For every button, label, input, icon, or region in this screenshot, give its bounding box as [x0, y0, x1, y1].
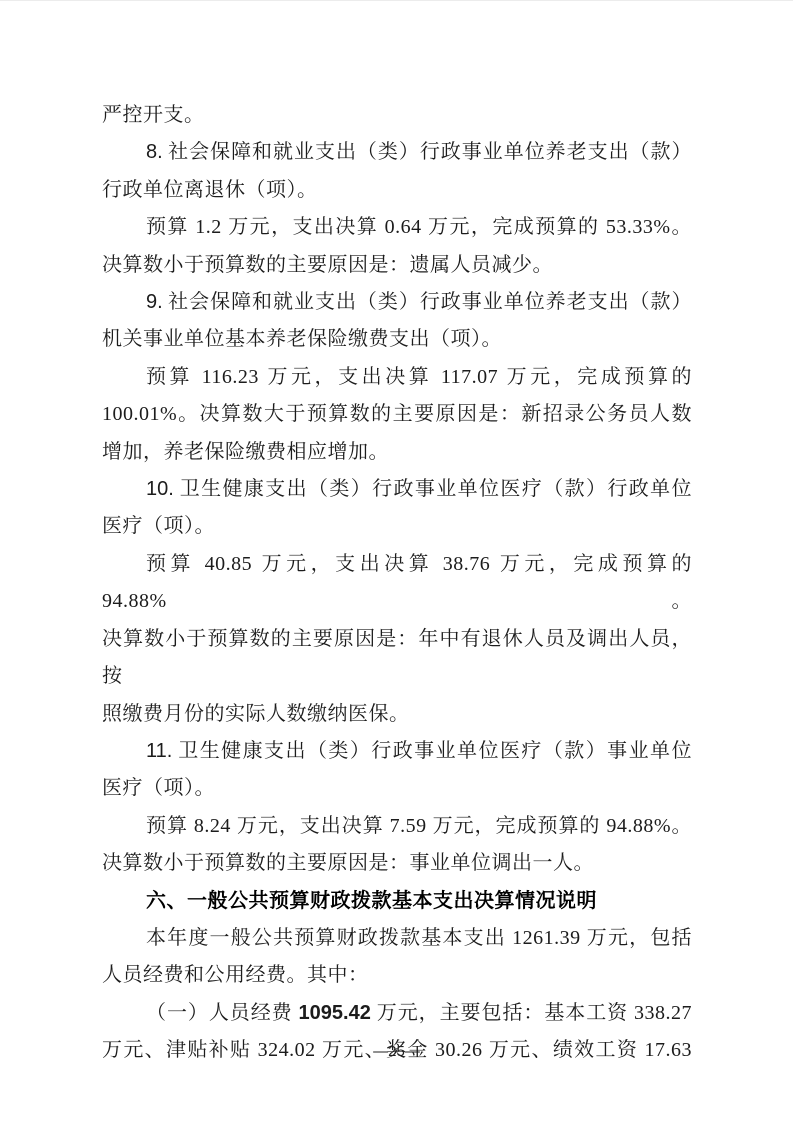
section-6-heading: 六、一般公共预算财政拨款基本支出决算情况说明	[102, 883, 692, 920]
personnel-expense-prefix: （一）人员经费	[146, 1002, 293, 1024]
carryover-text-line: 严控开支。	[102, 97, 692, 134]
item-8-detail-line-2: 决算数小于预算数的主要原因是：遗属人员减少。	[102, 247, 692, 284]
item-10-number: 10.	[146, 478, 174, 500]
item-9-detail-line-2: 100.01%。决算数大于预算数的主要原因是：新招录公务员人数	[102, 396, 692, 433]
personnel-expense-amount: 1095.42	[299, 1002, 371, 1024]
item-9-title-text: 社会保障和就业支出（类）行政事业单位养老支出（款）	[168, 291, 692, 313]
item-8-number: 8.	[146, 141, 163, 163]
item-10-detail-line-1: 预算 40.85 万元，支出决算 38.76 万元，完成预算的 94.88%。	[102, 546, 692, 621]
item-11-detail-line-1: 预算 8.24 万元，支出决算 7.59 万元，完成预算的 94.88%。	[102, 808, 692, 845]
section-6-intro-line-2: 人员经费和公用经费。其中：	[102, 957, 692, 994]
item-9-number: 9.	[146, 291, 163, 313]
item-9-detail-line-1: 预算 116.23 万元，支出决算 117.07 万元，完成预算的	[102, 359, 692, 396]
section-6-intro-line-1: 本年度一般公共预算财政拨款基本支出 1261.39 万元，包括	[102, 920, 692, 957]
item-9-title-line-2: 机关事业单位基本养老保险缴费支出（项）。	[102, 321, 692, 358]
page-number: —25—	[0, 1043, 793, 1060]
item-8-title-text: 社会保障和就业支出（类）行政事业单位养老支出（款）	[168, 141, 692, 163]
personnel-expense-suffix: 万元，主要包括：基本工资 338.27	[377, 1002, 692, 1024]
item-8-title-line-1: 8.社会保障和就业支出（类）行政事业单位养老支出（款）	[102, 134, 692, 171]
document-body: 严控开支。 8.社会保障和就业支出（类）行政事业单位养老支出（款） 行政单位离退…	[102, 97, 692, 1070]
item-11-title-line-2: 医疗（项）。	[102, 770, 692, 807]
item-11-detail-line-2: 决算数小于预算数的主要原因是：事业单位调出一人。	[102, 845, 692, 882]
item-8-title-line-2: 行政单位离退休（项）。	[102, 172, 692, 209]
item-10-title-line-1: 10.卫生健康支出（类）行政事业单位医疗（款）行政单位	[102, 471, 692, 508]
item-8-detail-line-1: 预算 1.2 万元，支出决算 0.64 万元，完成预算的 53.33%。	[102, 209, 692, 246]
item-10-detail-line-3: 照缴费月份的实际人数缴纳医保。	[102, 696, 692, 733]
item-11-title-line-1: 11.卫生健康支出（类）行政事业单位医疗（款）事业单位	[102, 733, 692, 770]
item-9-title-line-1: 9.社会保障和就业支出（类）行政事业单位养老支出（款）	[102, 284, 692, 321]
item-11-title-text: 卫生健康支出（类）行政事业单位医疗（款）事业单位	[177, 740, 692, 762]
item-10-title-text: 卫生健康支出（类）行政事业单位医疗（款）行政单位	[179, 478, 692, 500]
personnel-expense-line-1: （一）人员经费 1095.42 万元，主要包括：基本工资 338.27	[102, 995, 692, 1032]
item-11-number: 11.	[146, 740, 172, 762]
item-10-title-line-2: 医疗（项）。	[102, 508, 692, 545]
document-page: 严控开支。 8.社会保障和就业支出（类）行政事业单位养老支出（款） 行政单位离退…	[0, 0, 793, 1123]
item-9-detail-line-3: 增加，养老保险缴费相应增加。	[102, 434, 692, 471]
item-10-detail-line-2: 决算数小于预算数的主要原因是：年中有退休人员及调出人员，按	[102, 621, 692, 696]
